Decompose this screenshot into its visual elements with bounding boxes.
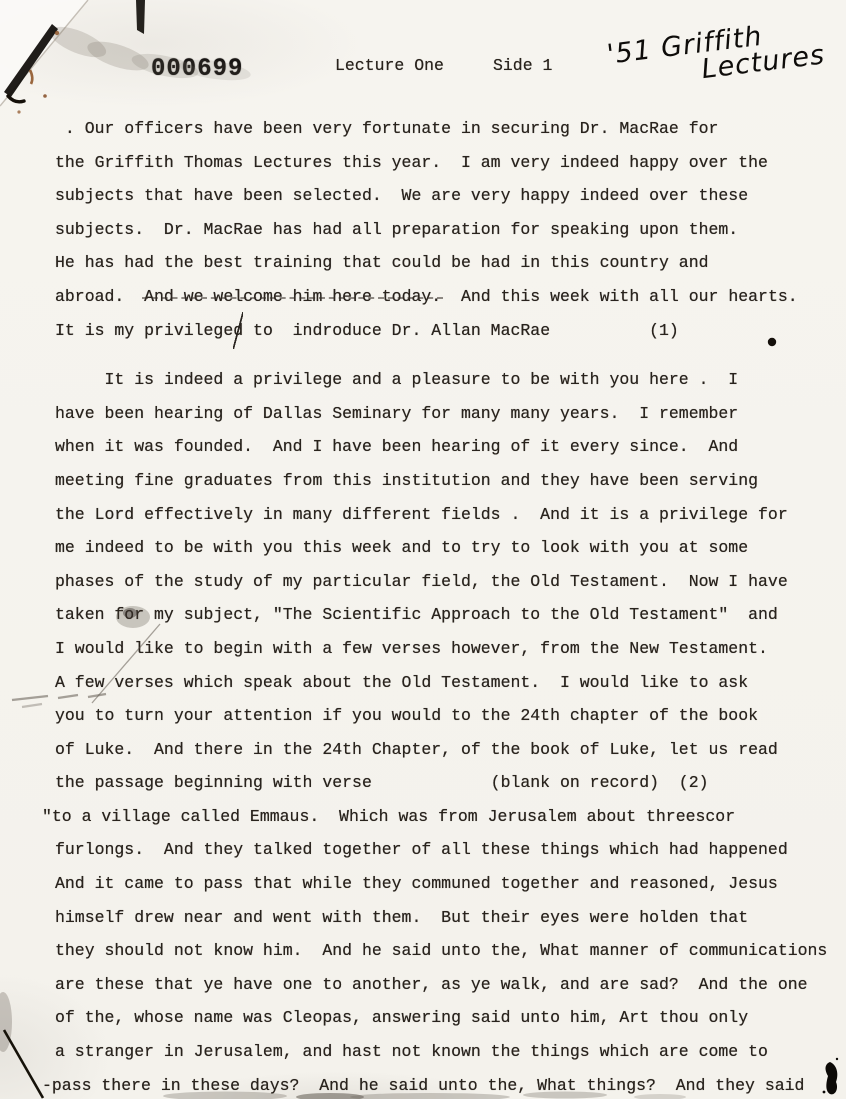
text-line: the Griffith Thomas Lectures this year. …: [55, 146, 846, 180]
side-label: Side 1: [493, 54, 552, 78]
text-line: It is indeed a privilege and a pleasure …: [55, 363, 846, 397]
text-line: I would like to begin with a few verses …: [55, 632, 846, 666]
text-line: of Luke. And there in the 24th Chapter, …: [55, 733, 846, 767]
struck-out-text: And we welcome him here today.: [144, 287, 441, 306]
edge-blotch: [0, 992, 12, 1052]
text-line: have been hearing of Dallas Seminary for…: [55, 397, 846, 431]
text-line: "to a village called Emmaus. Which was f…: [55, 800, 846, 834]
text-line: It is my privileged to indroduce Dr. All…: [55, 314, 846, 348]
text-line: -pass there in these days? And he said u…: [55, 1069, 846, 1099]
text-line: himself drew near and went with them. Bu…: [55, 901, 846, 935]
text-line: subjects that have been selected. We are…: [55, 179, 846, 213]
text-line: phases of the study of my particular fie…: [55, 565, 846, 599]
paragraph: It is indeed a privilege and a pleasure …: [55, 363, 846, 1099]
text-line: subjects. Dr. MacRae has had all prepara…: [55, 213, 846, 247]
text-line: He has had the best training that could …: [55, 246, 846, 280]
page-edge-line: [4, 1030, 43, 1098]
text-line: meeting fine graduates from this institu…: [55, 464, 846, 498]
text-line: the passage beginning with verse (blank …: [55, 766, 846, 800]
text-line: . Our officers have been very fortunate …: [55, 112, 846, 146]
handwritten-note: '51 Griffith Lectures: [605, 12, 846, 97]
text-line: you to turn your attention if you would …: [55, 699, 846, 733]
scanned-document-page: 000699 Lecture One Side 1 '51 Griffith L…: [0, 0, 846, 1099]
text-line: taken for my subject, "The Scientific Ap…: [55, 598, 846, 632]
text-line: when it was founded. And I have been hea…: [55, 430, 846, 464]
text-line: furlongs. And they talked together of al…: [55, 833, 846, 867]
text-line: And it came to pass that while they comm…: [55, 867, 846, 901]
text-line: a stranger in Jerusalem, and hast not kn…: [55, 1035, 846, 1069]
text-line: me indeed to be with you this week and t…: [55, 531, 846, 565]
lecture-title: Lecture One: [335, 54, 444, 78]
text-line: they should not know him. And he said un…: [55, 934, 846, 968]
text-line: abroad. And we welcome him here today. A…: [55, 280, 846, 314]
text-line: the Lord effectively in many different f…: [55, 498, 846, 532]
overstruck-character: d: [233, 314, 243, 348]
paragraph: . Our officers have been very fortunate …: [55, 112, 846, 347]
document-body: . Our officers have been very fortunate …: [55, 112, 846, 1099]
text-line: A few verses which speak about the Old T…: [55, 666, 846, 700]
text-line: are these that ye have one to another, a…: [55, 968, 846, 1002]
text-line: of the, whose name was Cleopas, answerin…: [55, 1001, 846, 1035]
